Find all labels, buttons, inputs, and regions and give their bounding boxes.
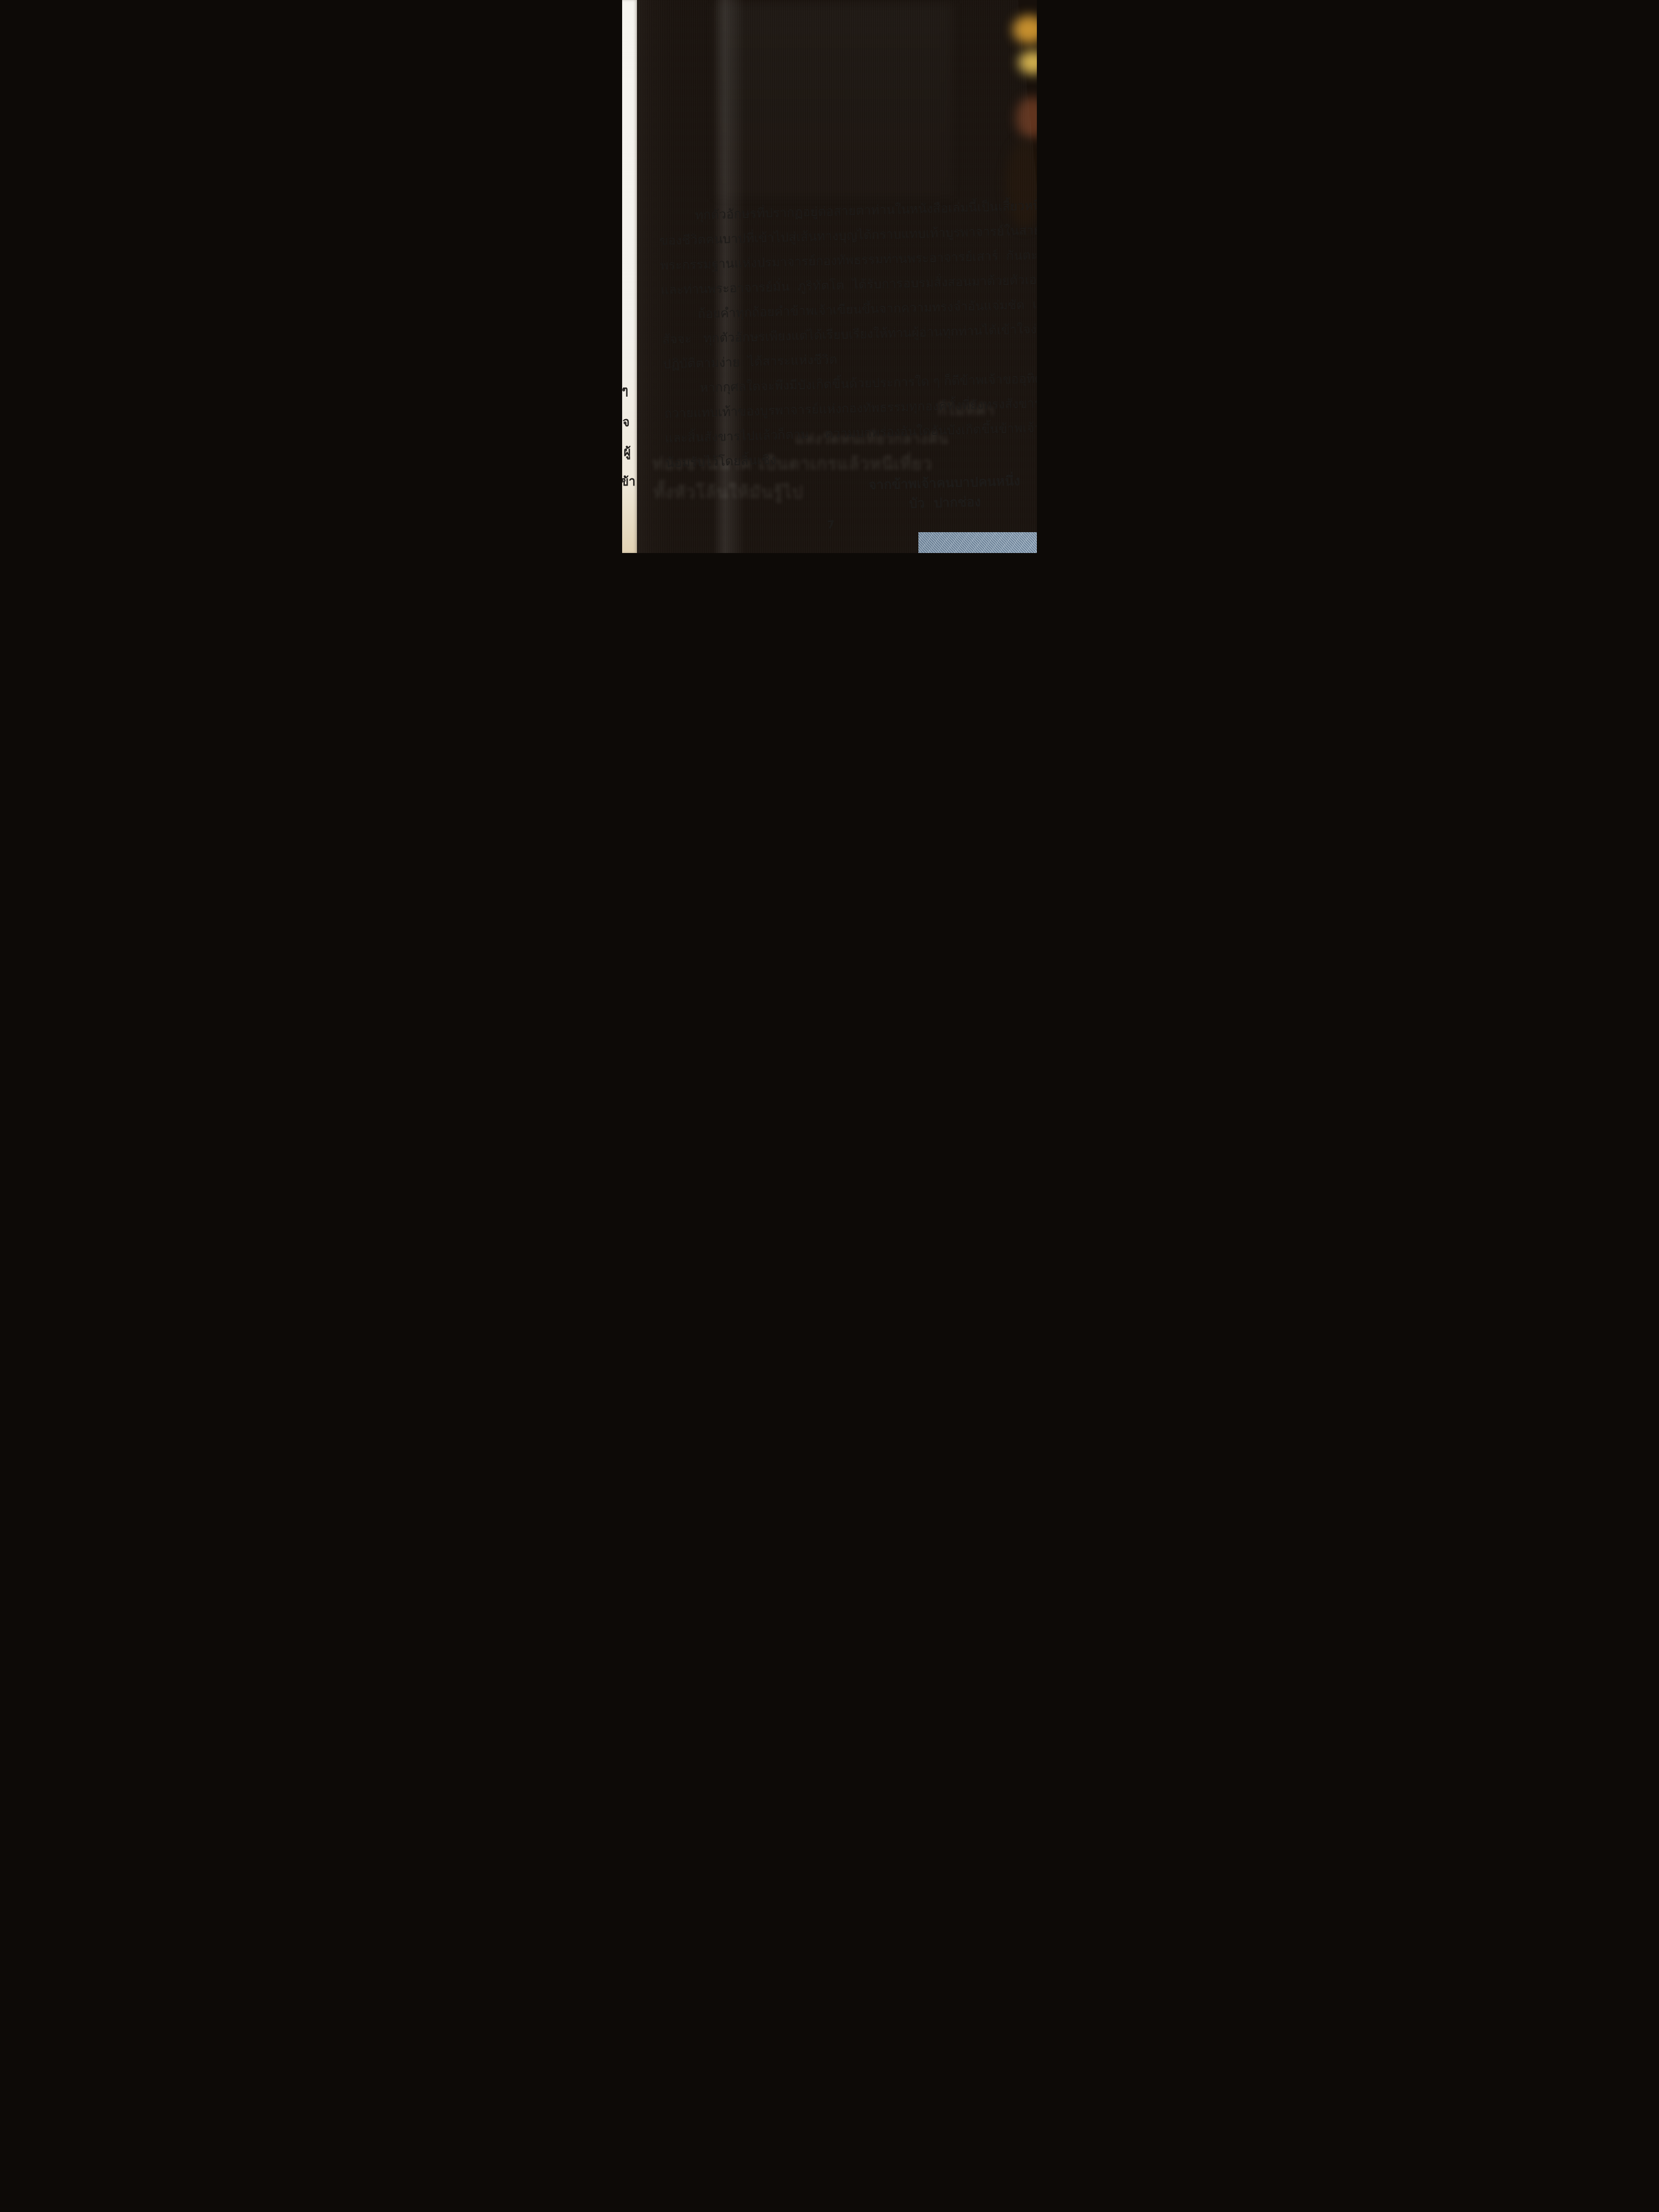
signature-block: จากข้าพเจ้าคนบาปคนหนึ่ง บัว ปากช่อง — [868, 471, 1021, 515]
facing-page-text-fragment: จ — [623, 413, 630, 432]
printed-content: ทุกตัวอักษรที่ปรากฏอยู่ต่อสายตาท่านในหนั… — [631, 0, 1037, 553]
facing-page-text-fragment: ผู้ — [624, 442, 631, 461]
facing-page-text-fragment: ข้า — [622, 472, 635, 491]
facing-page-text-fragment: ๆ — [622, 381, 628, 400]
body-text-block: ทุกตัวอักษรที่ปรากฏอยู่ต่อสายตาท่านในหนั… — [658, 194, 1037, 476]
page-number: 7 — [820, 517, 842, 531]
page-paper: ก็ไม่ที่ค้าแห่งวัดหนเที่ยวกลางคืนท่องชาน… — [637, 0, 1037, 553]
signature-line-1: จากข้าพเจ้าคนบาปคนหนึ่ง — [868, 471, 1020, 495]
facing-page-edge: ๆจผู้ข้า — [622, 0, 637, 553]
book-page-photo: ก็ไม่ที่ค้าแห่งวัดหนเที่ยวกลางคืนท่องชาน… — [622, 0, 1037, 553]
